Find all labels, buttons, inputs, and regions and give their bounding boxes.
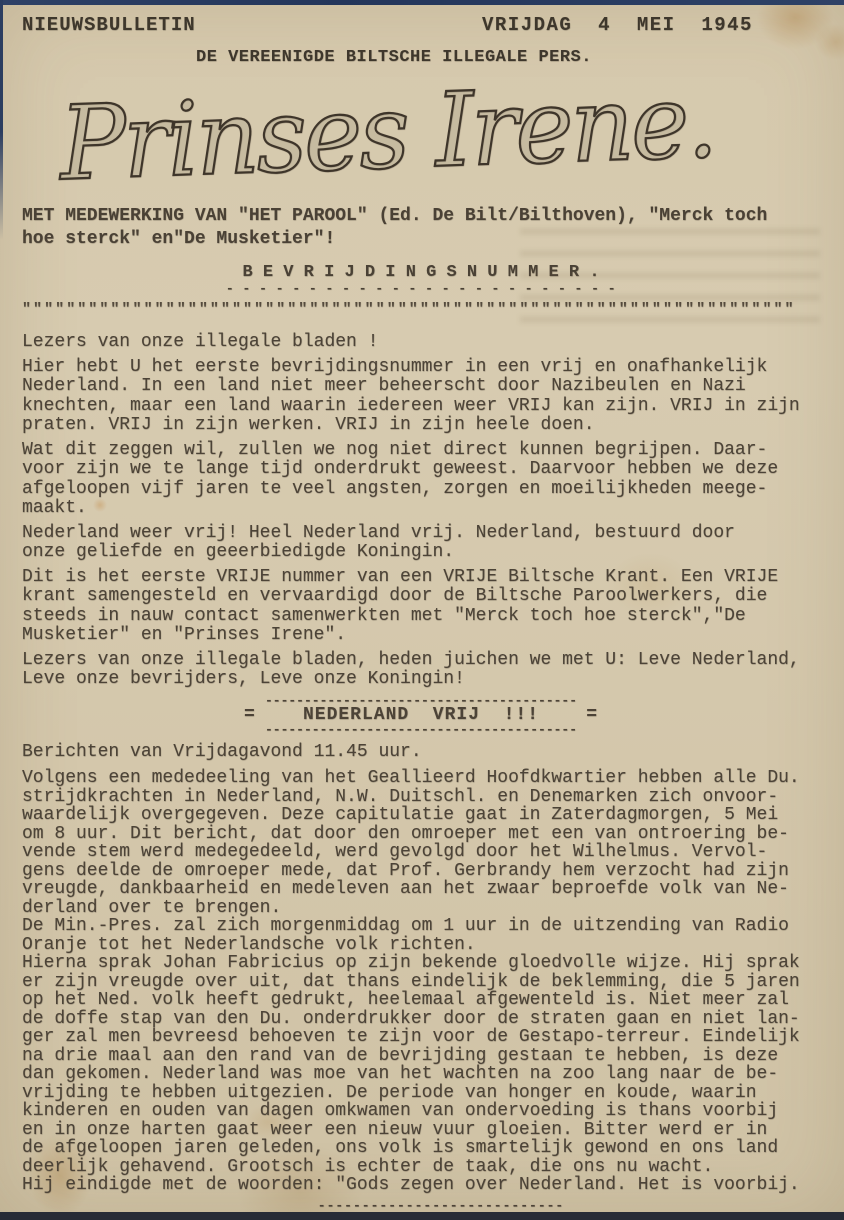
edition-underline: - - - - - - - - - - - - - - - - - - - - … [22, 282, 820, 296]
article-paragraph: Volgens een mededeeling van het Gealliee… [22, 769, 820, 917]
edition-heading: B E V R I J D I N G S N U M M E R . [22, 263, 820, 282]
quote-divider: """"""""""""""""""""""""""""""""""""""""… [22, 302, 820, 318]
bulletin-label: NIEUWSBULLETIN [22, 14, 196, 36]
headline-dash-top: ---------------------------------------- [22, 696, 820, 706]
newspaper-scan: NIEUWSBULLETIN VRIJDAG 4 MEI 1945 DE VER… [0, 0, 844, 1220]
intro-paragraph: Nederland weer vrij! Heel Nederland vrij… [22, 524, 820, 563]
intro-section: Lezers van onze illegale bladen ! Hier h… [22, 333, 820, 690]
intro-salutation: Lezers van onze illegale bladen ! [22, 333, 820, 353]
article-section: ----------------------------------------… [22, 696, 820, 1213]
intro-paragraph: Wat dit zeggen wil, zullen we nog niet d… [22, 441, 820, 519]
issue-date: VRIJDAG 4 MEI 1945 [482, 14, 753, 36]
newspaper-title-text: Prinses Irene. [56, 62, 717, 204]
scan-edge-bottom [0, 1212, 844, 1220]
article-byline: Berichten van Vrijdagavond 11.45 uur. [22, 743, 820, 762]
article-paragraph: Hij eindigde met de woorden: "Gods zegen… [22, 1176, 820, 1195]
article-end-divider: ---------------------------- [42, 1199, 840, 1213]
masthead: NIEUWSBULLETIN VRIJDAG 4 MEI 1945 DE VER… [22, 14, 820, 318]
scan-edge-left [0, 0, 3, 240]
article-paragraph: De Min.-Pres. zal zich morgenmiddag om 1… [22, 917, 820, 954]
collaboration-note: MET MEDEWERKING VAN "HET PAROOL" (Ed. De… [22, 205, 820, 250]
article-headline-block: ----------------------------------------… [22, 696, 820, 735]
headline-dash-bottom: ---------------------------------------- [22, 725, 820, 735]
scan-edge-top [0, 0, 844, 5]
newspaper-title-script: Prinses Irene. [56, 71, 746, 203]
masthead-row: NIEUWSBULLETIN VRIJDAG 4 MEI 1945 [22, 14, 820, 38]
publisher-line: DE VEREENIGDE BILTSCHE ILLEGALE PERS. [196, 49, 820, 67]
intro-paragraph: Hier hebt U het eerste bevrijdingsnummer… [22, 358, 820, 436]
intro-paragraph: Dit is het eerste VRIJE nummer van een V… [22, 568, 820, 646]
intro-paragraph: Lezers van onze illegale bladen, heden j… [22, 651, 820, 690]
article-paragraph: Hierna sprak Johan Fabricius op zijn bek… [22, 954, 820, 1176]
